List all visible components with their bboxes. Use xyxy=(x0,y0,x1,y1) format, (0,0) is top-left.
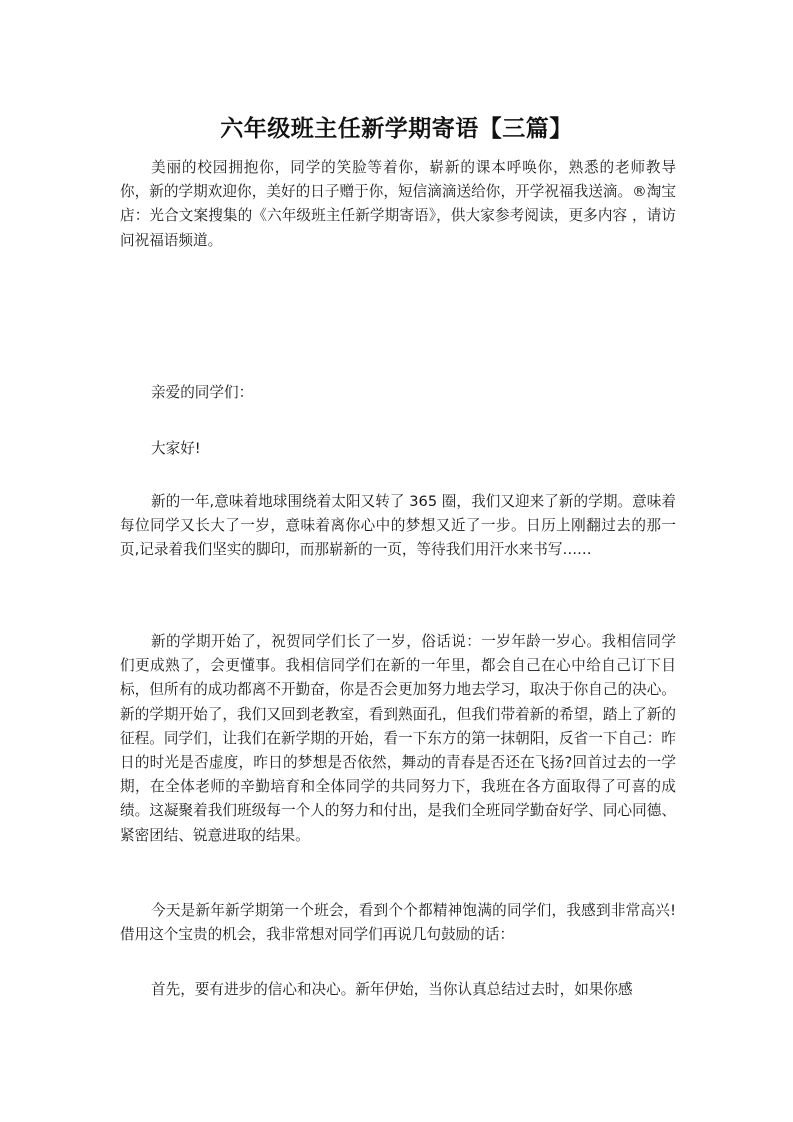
body-paragraph-1: 新的一年,意味着地球围绕着太阳又转了 365 圈，我们又迎来了新的学期。意味着每… xyxy=(120,490,676,563)
document-title: 六年级班主任新学期寄语【三篇】 xyxy=(0,114,793,144)
salutation-paragraph: 亲爱的同学们： xyxy=(120,381,676,405)
intro-paragraph: 美丽的校园拥抱你，同学的笑脸等着你，崭新的课本呼唤你，熟悉的老师教导你，新的学期… xyxy=(120,156,676,253)
body-paragraph-3: 今天是新年新学期第一个班会，看到个个都精神饱满的同学们，我感到非常高兴!借用这个… xyxy=(120,899,676,947)
document-page: 六年级班主任新学期寄语【三篇】 美丽的校园拥抱你，同学的笑脸等着你，崭新的课本呼… xyxy=(0,0,793,1122)
body-paragraph-2: 新的学期开始了，祝贺同学们长了一岁，俗话说：一岁年龄一岁心。我相信同学们更成熟了… xyxy=(120,630,676,848)
body-paragraph-4: 首先，要有进步的信心和决心。新年伊始，当你认真总结过去时，如果你感 xyxy=(120,978,676,1002)
greeting-paragraph: 大家好! xyxy=(120,437,676,461)
